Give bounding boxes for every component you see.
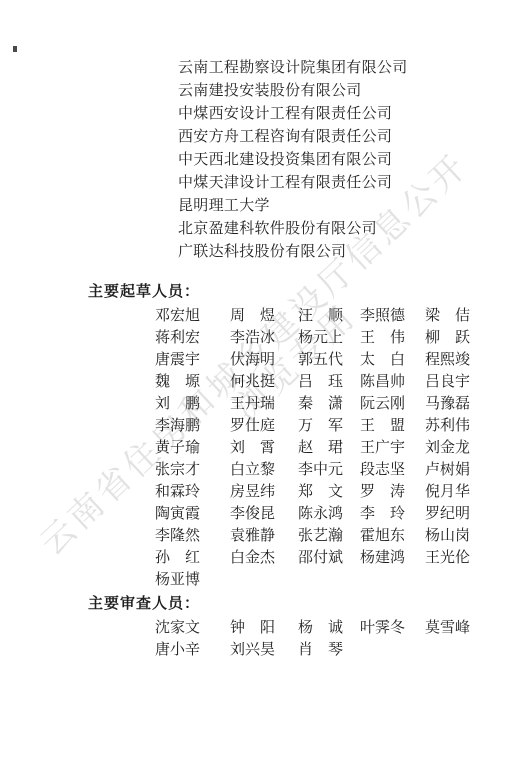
company-name: 中煤天津设计工程有限责任公司 xyxy=(178,171,408,194)
person-name: 唐小辛 xyxy=(155,638,230,660)
person-name: 苏利伟 xyxy=(425,414,495,436)
person-name: 沈家文 xyxy=(155,616,230,638)
person-name: 汪 顺 xyxy=(298,304,360,326)
company-name: 西安方舟工程咨询有限责任公司 xyxy=(178,125,408,148)
person-name: 陈昌帅 xyxy=(360,370,425,392)
person-name: 吕 珏 xyxy=(298,370,360,392)
person-name: 赵 珺 xyxy=(298,436,360,458)
person-name: 白金杰 xyxy=(230,546,298,568)
person-name: 罗纪明 xyxy=(425,502,495,524)
person-name: 王 盟 xyxy=(360,414,425,436)
person-name: 王 伟 xyxy=(360,326,425,348)
company-name: 中煤西安设计工程有限责任公司 xyxy=(178,102,408,125)
drafters-name-grid: 邓宏旭周 煜汪 顺李照德梁 佶蒋利宏李浩冰杨元上王 伟柳 跃唐震宇伏海明郭五代太… xyxy=(155,304,495,590)
person-name: 刘 鹏 xyxy=(155,392,230,414)
person-name: 黄子瑜 xyxy=(155,436,230,458)
person-name: 阮云刚 xyxy=(360,392,425,414)
person-name: 李隆然 xyxy=(155,524,230,546)
person-name: 袁雅静 xyxy=(230,524,298,546)
person-name: 周 煜 xyxy=(230,304,298,326)
person-name: 张艺瀚 xyxy=(298,524,360,546)
person-name: 李照德 xyxy=(360,304,425,326)
reviewers-name-grid: 沈家文钟 阳杨 诚叶霁冬莫雪峰唐小辛刘兴昊肖 琴 xyxy=(155,616,495,660)
person-name: 霍旭东 xyxy=(360,524,425,546)
person-name: 李 玲 xyxy=(360,502,425,524)
person-name: 钟 阳 xyxy=(230,616,298,638)
person-name: 邵付斌 xyxy=(298,546,360,568)
person-name: 杨建鸿 xyxy=(360,546,425,568)
person-name: 孙 红 xyxy=(155,546,230,568)
person-name: 何兆挺 xyxy=(230,370,298,392)
person-name: 王光伦 xyxy=(425,546,495,568)
person-name: 叶霁冬 xyxy=(360,616,425,638)
person-name: 马豫磊 xyxy=(425,392,495,414)
person-name: 肖 琴 xyxy=(298,638,360,660)
person-name: 罗 涛 xyxy=(360,480,425,502)
person-name: 梁 佶 xyxy=(425,304,495,326)
person-name: 段志坚 xyxy=(360,458,425,480)
person-name: 杨亚博 xyxy=(155,568,230,590)
person-name: 郑 文 xyxy=(298,480,360,502)
reviewers-section-title: 主要审查人员： xyxy=(88,592,200,613)
person-name: 房昱纬 xyxy=(230,480,298,502)
person-name: 王广宇 xyxy=(360,436,425,458)
person-name: 罗仕庭 xyxy=(230,414,298,436)
person-name: 白立黎 xyxy=(230,458,298,480)
company-name: 北京盈建科软件股份有限公司 xyxy=(178,217,408,240)
person-name: 杨 诚 xyxy=(298,616,360,638)
person-name: 杨山岗 xyxy=(425,524,495,546)
person-name: 秦 潇 xyxy=(298,392,360,414)
person-name: 吕良宇 xyxy=(425,370,495,392)
person-name: 杨元上 xyxy=(298,326,360,348)
drafters-section-title: 主要起草人员： xyxy=(88,280,200,301)
company-name: 中天西北建设投资集团有限公司 xyxy=(178,148,408,171)
person-name: 郭五代 xyxy=(298,348,360,370)
person-name: 王丹瑞 xyxy=(230,392,298,414)
company-list: 云南工程勘察设计院集团有限公司云南建投安装股份有限公司中煤西安设计工程有限责任公… xyxy=(178,56,408,263)
person-name: 柳 跃 xyxy=(425,326,495,348)
person-name: 张宗才 xyxy=(155,458,230,480)
person-name: 伏海明 xyxy=(230,348,298,370)
person-name: 刘 霄 xyxy=(230,436,298,458)
person-name: 陶寅霞 xyxy=(155,502,230,524)
document-page: 云南省住房和城乡建设厅信息公开 浏览专用 云南工程勘察设计院集团有限公司云南建投… xyxy=(0,0,528,767)
person-name: 倪月华 xyxy=(425,480,495,502)
person-name: 蒋利宏 xyxy=(155,326,230,348)
person-name: 邓宏旭 xyxy=(155,304,230,326)
person-name: 李中元 xyxy=(298,458,360,480)
person-name: 程熙竣 xyxy=(425,348,495,370)
company-name: 云南工程勘察设计院集团有限公司 xyxy=(178,56,408,79)
person-name: 卢树娟 xyxy=(425,458,495,480)
person-name: 李俊昆 xyxy=(230,502,298,524)
person-name: 李浩冰 xyxy=(230,326,298,348)
person-name: 陈永鸿 xyxy=(298,502,360,524)
person-name: 莫雪峰 xyxy=(425,616,495,638)
company-name: 广联达科技股份有限公司 xyxy=(178,240,408,263)
company-name: 昆明理工大学 xyxy=(178,194,408,217)
company-name: 云南建投安装股份有限公司 xyxy=(178,79,408,102)
person-name: 万 军 xyxy=(298,414,360,436)
person-name: 李海鹏 xyxy=(155,414,230,436)
person-name: 和霖玲 xyxy=(155,480,230,502)
person-name: 太 白 xyxy=(360,348,425,370)
scan-artifact-speck xyxy=(13,46,17,52)
person-name: 刘金龙 xyxy=(425,436,495,458)
person-name: 刘兴昊 xyxy=(230,638,298,660)
person-name: 唐震宇 xyxy=(155,348,230,370)
person-name: 魏 塬 xyxy=(155,370,230,392)
